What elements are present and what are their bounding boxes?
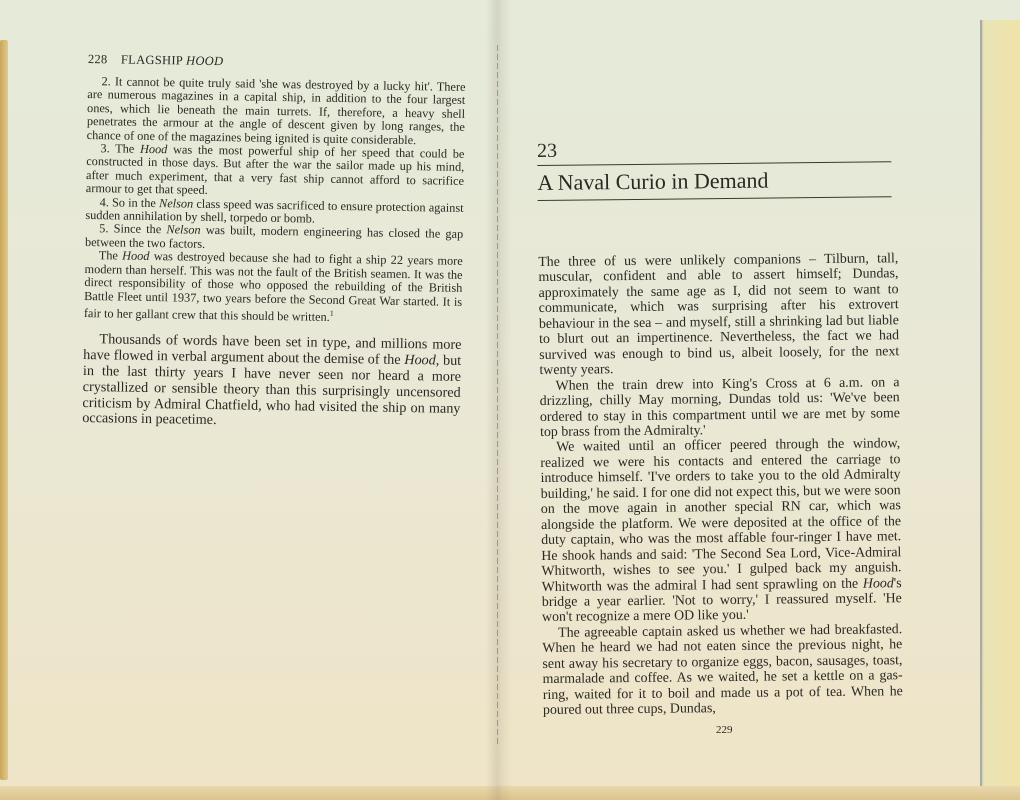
- chapter-number: 23: [537, 136, 891, 166]
- ship-name: Hood: [122, 249, 150, 263]
- book-gutter: [486, 0, 512, 800]
- gutter-stitching: [497, 45, 498, 745]
- paragraph-1: The three of us were unlikely companions…: [538, 251, 899, 378]
- note-text: 2. It cannot be quite truly said 'she wa…: [87, 74, 466, 147]
- note-text: The: [99, 248, 123, 262]
- note-3: 3. The Hood was the most powerful ship o…: [86, 142, 465, 202]
- running-head: 228 FLAGSHIP HOOD: [88, 52, 466, 73]
- left-page-number: 228: [88, 52, 108, 66]
- left-page: 228 FLAGSHIP HOOD 2. It cannot be quite …: [82, 52, 466, 433]
- chapter-body: The three of us were unlikely companions…: [538, 251, 903, 718]
- running-title: FLAGSHIP HOOD: [121, 53, 224, 69]
- right-page-number: 229: [716, 724, 733, 736]
- ship-name: Hood: [404, 352, 436, 368]
- right-page: 23 A Naval Curio in Demand The three of …: [537, 136, 903, 718]
- running-title-italic: HOOD: [186, 54, 224, 69]
- paragraph-text: We waited until an officer peered throug…: [540, 437, 901, 595]
- left-page-edge: [0, 40, 8, 780]
- ship-name: Hood: [140, 142, 168, 156]
- paragraph-4: The agreeable captain asked us whether w…: [542, 622, 903, 718]
- chapter-title: A Naval Curio in Demand: [537, 162, 891, 201]
- note-2: 2. It cannot be quite truly said 'she wa…: [87, 75, 466, 148]
- note-text: 3. The: [100, 141, 140, 156]
- ship-name: Nelson: [166, 223, 200, 238]
- ship-name: Nelson: [159, 196, 193, 211]
- footnote-marker: 1: [330, 309, 334, 318]
- running-title-text: FLAGSHIP: [121, 53, 186, 68]
- paragraph-2: When the train drew into King's Cross at…: [539, 375, 900, 441]
- ship-name: Hood: [863, 576, 894, 591]
- paragraph-3: We waited until an officer peered throug…: [540, 437, 902, 626]
- note-conclusion: The Hood was destroyed because she had t…: [84, 249, 463, 326]
- right-page-edge: [980, 20, 1020, 800]
- body-paragraph: Thousands of words have been set in type…: [82, 332, 461, 433]
- book-spread: 228 FLAGSHIP HOOD 2. It cannot be quite …: [0, 0, 1020, 800]
